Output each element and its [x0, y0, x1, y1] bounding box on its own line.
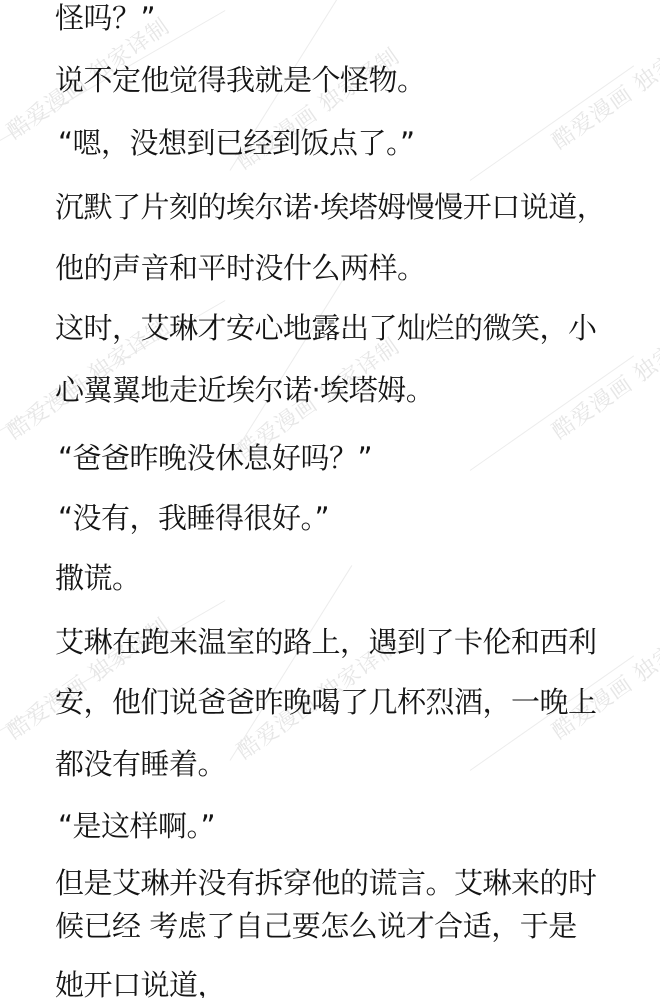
text-line: 怪吗？”: [55, 0, 155, 36]
text-line: 撒谎。: [55, 560, 141, 596]
text-line: 说不定他觉得我就是个怪物。: [55, 62, 426, 98]
text-line: 这时，艾琳才安心地露出了灿烂的微笑，小: [55, 310, 597, 346]
dialogue-line: “没有，我睡得很好。”: [58, 500, 329, 536]
text-line: 他的声音和平时没什么两样。: [55, 250, 426, 286]
dialogue-line: “是这样啊。”: [58, 808, 215, 844]
text-line: 都没有睡着。: [55, 746, 226, 782]
text-line: 她开口说道，: [55, 967, 226, 998]
text-line: 候已经 考虑了自己要怎么说才合适，于是: [55, 908, 577, 944]
dialogue-line: “嗯，没想到已经到饭点了。”: [58, 125, 415, 161]
novel-page: 怪吗？” 说不定他觉得我就是个怪物。 “嗯，没想到已经到饭点了。” 沉默了片刻的…: [0, 0, 660, 998]
text-line: 沉默了片刻的埃尔诺·埃塔姆慢慢开口说道，: [55, 189, 605, 225]
text-line: 心翼翼地走近埃尔诺·埃塔姆。: [55, 372, 434, 408]
dialogue-line: “爸爸昨晚没休息好吗？”: [58, 440, 372, 476]
text-line: 艾琳在跑来温室的路上，遇到了卡伦和西利: [55, 624, 597, 660]
text-line: 安，他们说爸爸昨晚喝了几杯烈酒，一晚上: [55, 684, 597, 720]
text-line: 但是艾琳并没有拆穿他的谎言。艾琳来的时: [55, 865, 597, 901]
